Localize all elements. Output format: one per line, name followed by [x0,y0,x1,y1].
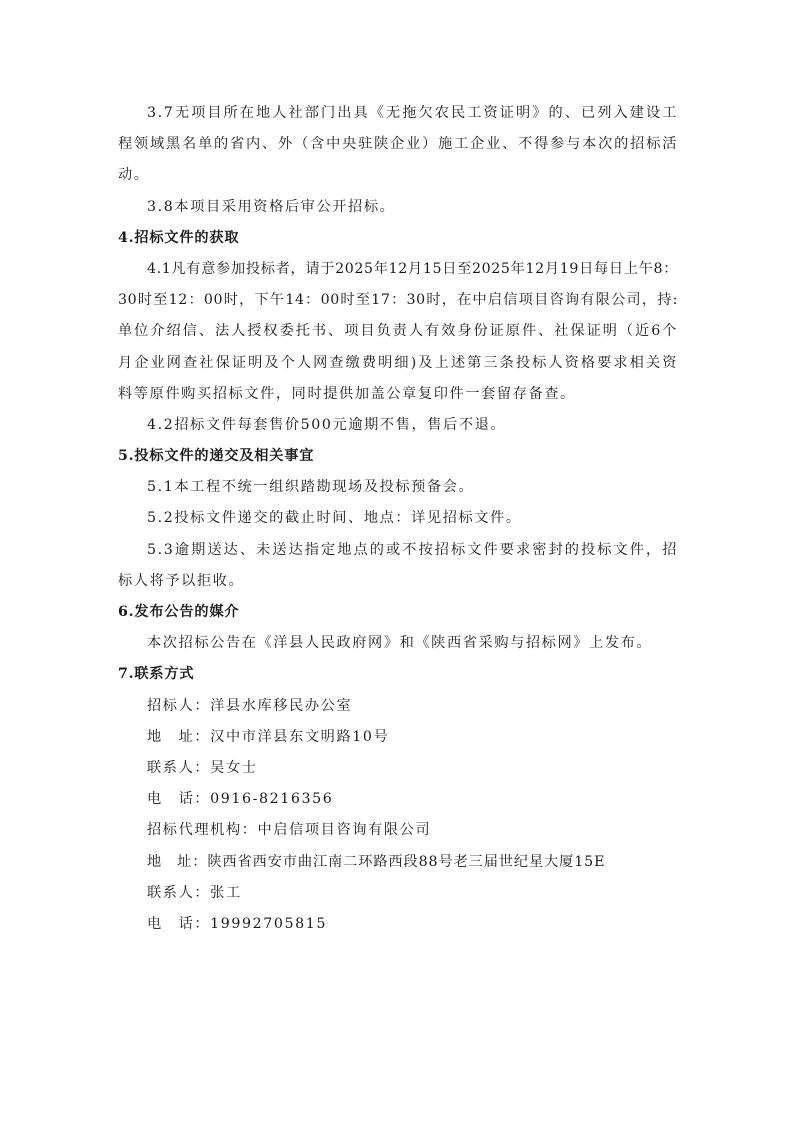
tenderer-contact: 联系人：吴女士 [118,753,678,784]
section-5-heading: 5.投标文件的递交及相关事宜 [118,441,678,472]
section-4-heading: 4.招标文件的获取 [118,223,678,254]
item-3-7-line-1: 3.7无项目所在地人社部门出具《无拖欠农民工资证明》的、已列入建设工 [118,98,678,129]
item-4-1-line-4: 月企业网查社保证明及个人网查缴费明细)及上述第三条投标人资格要求相关资 [118,348,678,379]
item-3-8: 3.8本项目采用资格后审公开招标。 [118,192,678,223]
tenderer-phone: 电 话：0916-8216356 [118,784,678,815]
agency-contact: 联系人：张工 [118,878,678,909]
section-6-heading: 6.发布公告的媒介 [118,597,678,628]
document-page: 3.7无项目所在地人社部门出具《无拖欠农民工资证明》的、已列入建设工 程领域黑名… [118,98,678,940]
tenderer-name: 招标人：洋县水库移民办公室 [118,691,678,722]
item-5-1: 5.1本工程不统一组织踏勘现场及投标预备会。 [118,472,678,503]
section-6-text: 本次招标公告在《洋县人民政府网》和《陕西省采购与招标网》上发布。 [118,628,678,659]
item-4-1-line-3: 单位介绍信、法人授权委托书、项目负责人有效身份证原件、社保证明（近6个 [118,316,678,347]
item-3-7-line-2: 程领域黑名单的省内、外（含中央驻陕企业）施工企业、不得参与本次的招标活 [118,129,678,160]
agency-phone: 电 话：19992705815 [118,909,678,940]
item-3-7-line-3: 动。 [118,160,678,191]
agency-name: 招标代理机构：中启信项目咨询有限公司 [118,815,678,846]
item-4-1-line-1: 4.1凡有意参加投标者，请于2025年12月15日至2025年12月19日每日上… [118,254,678,285]
section-7-heading: 7.联系方式 [118,659,678,690]
item-5-3-line-1: 5.3逾期送达、未送达指定地点的或不按招标文件要求密封的投标文件，招 [118,535,678,566]
item-5-3-line-2: 标人将予以拒收。 [118,566,678,597]
item-4-1-line-5: 料等原件购买招标文件，同时提供加盖公章复印件一套留存备查。 [118,379,678,410]
item-5-2: 5.2投标文件递交的截止时间、地点：详见招标文件。 [118,503,678,534]
item-4-2: 4.2招标文件每套售价500元逾期不售，售后不退。 [118,410,678,441]
agency-address: 地 址：陕西省西安市曲江南二环路西段88号老三届世纪星大厦15E [118,847,678,878]
item-4-1-line-2: 30时至12：00时，下午14：00时至17：30时，在中启信项目咨询有限公司，… [118,285,678,316]
tenderer-address: 地 址：汉中市洋县东文明路10号 [118,722,678,753]
